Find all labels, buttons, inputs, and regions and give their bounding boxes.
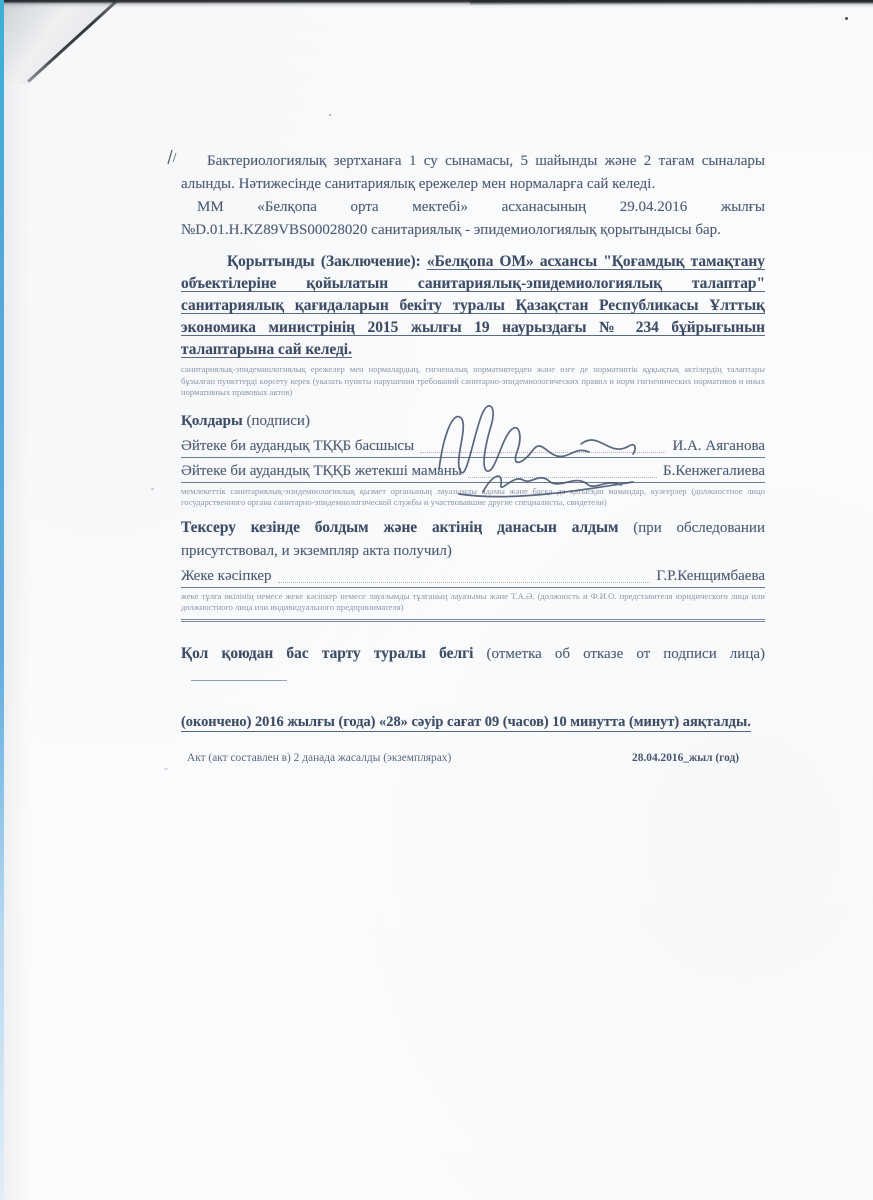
intro-paragraph-2: ММ «Белқопа орта мектебі» асханасының 29… — [181, 196, 765, 242]
scan-speck — [845, 17, 848, 20]
act-copies-text: Акт (акт составлен в) 2 данада жасалды (… — [181, 751, 451, 766]
scan-left-shade — [4, 0, 30, 1200]
refusal-line: Қол қоюдан бас тарту туралы белгі (отмет… — [181, 642, 765, 689]
signatures-heading: Қолдары (подписи) — [181, 410, 765, 433]
signatures-heading-normal: (подписи) — [247, 413, 310, 429]
refusal-bold: Қол қоюдан бас тарту туралы белгі — [181, 645, 487, 662]
signature-leader — [420, 451, 666, 453]
scan-speck — [164, 768, 168, 770]
signature-row: Әйтеке би аудандық ТҚҚБ жетекші маманы Б… — [181, 461, 765, 483]
completion-text: (окончено) 2016 жылғы (года) «28» сәуір … — [181, 714, 751, 732]
attendance-role: Жеке кәсіпкер — [181, 566, 272, 586]
margin-pen-mark — [165, 148, 179, 166]
act-date: 28.04.2016_жыл (год) — [632, 751, 739, 766]
signature-row: Әйтеке би аудандық ТҚҚБ басшысы И.А. Аяг… — [181, 436, 765, 458]
signature-role: Әйтеке би аудандық ТҚҚБ басшысы — [181, 436, 414, 456]
scanned-document-page: Бактериологиялық зертханаға 1 су сынамас… — [0, 0, 873, 1200]
signature-block: Әйтеке би аудандық ТҚҚБ басшысы И.А. Аяг… — [181, 436, 765, 483]
scan-left-cyan-strip — [0, 0, 4, 1200]
signatures-heading-bold: Қолдары — [181, 413, 247, 429]
attendance-leader — [278, 581, 651, 583]
intro-paragraph-1: Бактериологиялық зертханаға 1 су сынамас… — [181, 150, 765, 196]
conclusion-fine-print: санитариялық-эпидемиологиялық ережелер м… — [181, 364, 765, 399]
signatures-fine-print: мемлекеттік санитариялық-эпидемиологиялы… — [181, 486, 765, 509]
conclusion-label: Қорытынды (Заключение): — [227, 253, 427, 270]
signature-leader — [468, 476, 657, 478]
attendance-fine-print: жеке тұлға өкілінің немесе жеке кәсіпкер… — [181, 591, 765, 614]
double-rule — [181, 619, 765, 622]
document-body: Бактериологиялық зертханаға 1 су сынамас… — [181, 150, 765, 766]
act-copies-row: Акт (акт составлен в) 2 данада жасалды (… — [181, 751, 765, 766]
signature-role: Әйтеке би аудандық ТҚҚБ жетекші маманы — [181, 461, 462, 481]
scan-speck — [329, 114, 331, 116]
conclusion-paragraph: Қорытынды (Заключение): «Белқопа ОМ» асх… — [181, 251, 765, 361]
signature-name: Б.Кенжегалиева — [663, 461, 765, 481]
signature-name: И.А. Аяганова — [672, 436, 765, 456]
attendance-paragraph: Тексеру кезінде болдым және актінің дана… — [181, 516, 765, 563]
scan-speck — [151, 488, 154, 490]
attendance-bold: Тексеру кезінде болдым және актінің дана… — [181, 519, 633, 536]
completion-line: (окончено) 2016 жылғы (года) «28» сәуір … — [181, 711, 765, 734]
attendance-signature-row: Жеке кәсіпкер Г.Р.Кенщимбаева — [181, 566, 765, 588]
refusal-normal: (отметка об отказе от подписи лица) — [487, 646, 765, 662]
refusal-blank-line — [191, 667, 287, 681]
attendance-name: Г.Р.Кенщимбаева — [656, 566, 765, 586]
